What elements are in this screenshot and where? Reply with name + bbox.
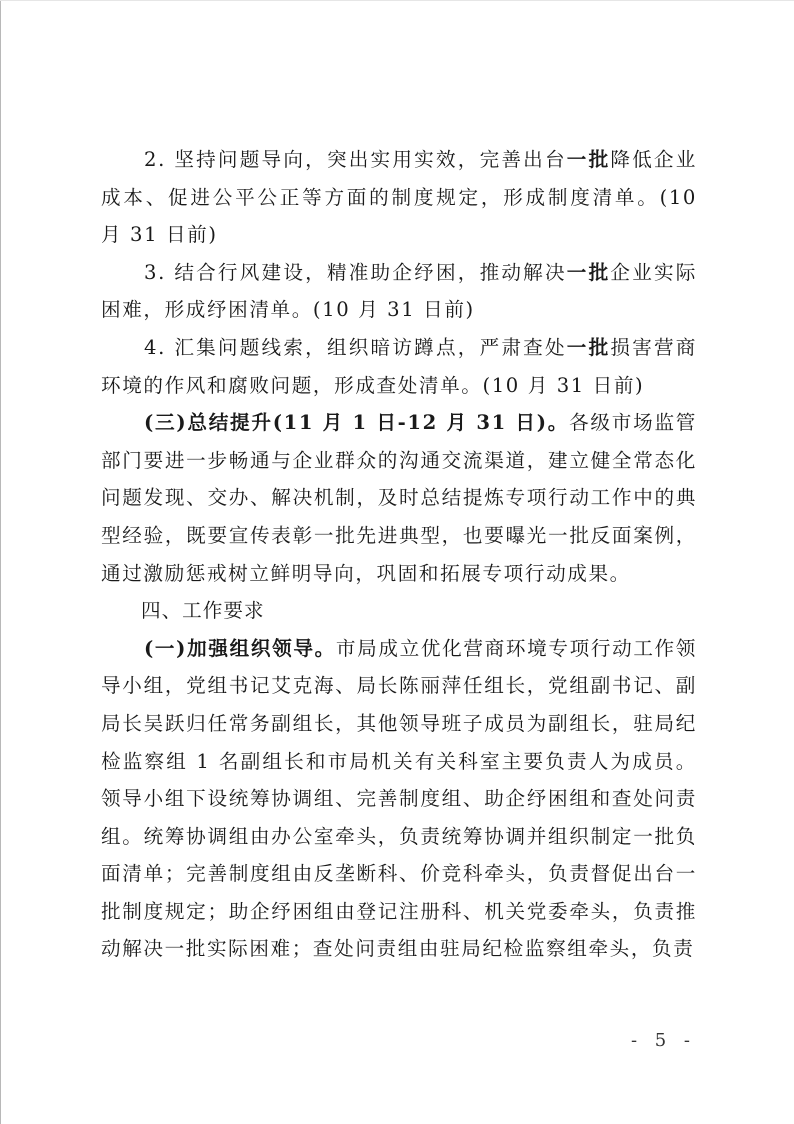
page-left-edge — [0, 0, 1, 1124]
section-3-title: (三)总结提升 — [144, 411, 273, 434]
item-2-lead: 2. 坚持问题导向，突出实用实效，完善出台 — [144, 148, 567, 171]
item-2-bold: 一批 — [567, 148, 611, 171]
section-4-1-body: 市局成立优化营商环境专项行动工作领导小组，党组书记艾克海、局长陈丽萍任组长，党组… — [101, 637, 697, 961]
item-3-bold: 一批 — [567, 261, 611, 284]
section-4-1-title: (一)加强组织领导。 — [144, 637, 336, 660]
section-3-date-range: (11 月 1 日-12 月 31 日)。 — [273, 411, 569, 434]
paragraph-item-3: 3. 结合行风建设，精准助企纾困，推动解决一批企业实际困难，形成纾困清单。(10… — [101, 254, 697, 329]
heading-work-requirements: 四、工作要求 — [101, 592, 697, 630]
document-body: 2. 坚持问题导向，突出实用实效，完善出台一批降低企业成本、促进公平公正等方面的… — [101, 141, 697, 968]
paragraph-section-4-1: (一)加强组织领导。市局成立优化营商环境专项行动工作领导小组，党组书记艾克海、局… — [101, 630, 697, 968]
item-3-lead: 3. 结合行风建设，精准助企纾困，推动解决 — [144, 261, 567, 284]
item-4-bold: 一批 — [567, 336, 611, 359]
item-4-lead: 4. 汇集问题线索，组织暗访蹲点，严肃查处 — [144, 336, 567, 359]
paragraph-item-2: 2. 坚持问题导向，突出实用实效，完善出台一批降低企业成本、促进公平公正等方面的… — [101, 141, 697, 254]
paragraph-item-4: 4. 汇集问题线索，组织暗访蹲点，严肃查处一批损害营商环境的作风和腐败问题，形成… — [101, 329, 697, 404]
page-top-edge — [0, 0, 794, 1]
page-number: - 5 - — [631, 1030, 696, 1051]
paragraph-section-3: (三)总结提升(11 月 1 日-12 月 31 日)。各级市场监管部门要进一步… — [101, 404, 697, 592]
section-3-body: 各级市场监管部门要进一步畅通与企业群众的沟通交流渠道，建立健全常态化问题发现、交… — [101, 411, 697, 584]
